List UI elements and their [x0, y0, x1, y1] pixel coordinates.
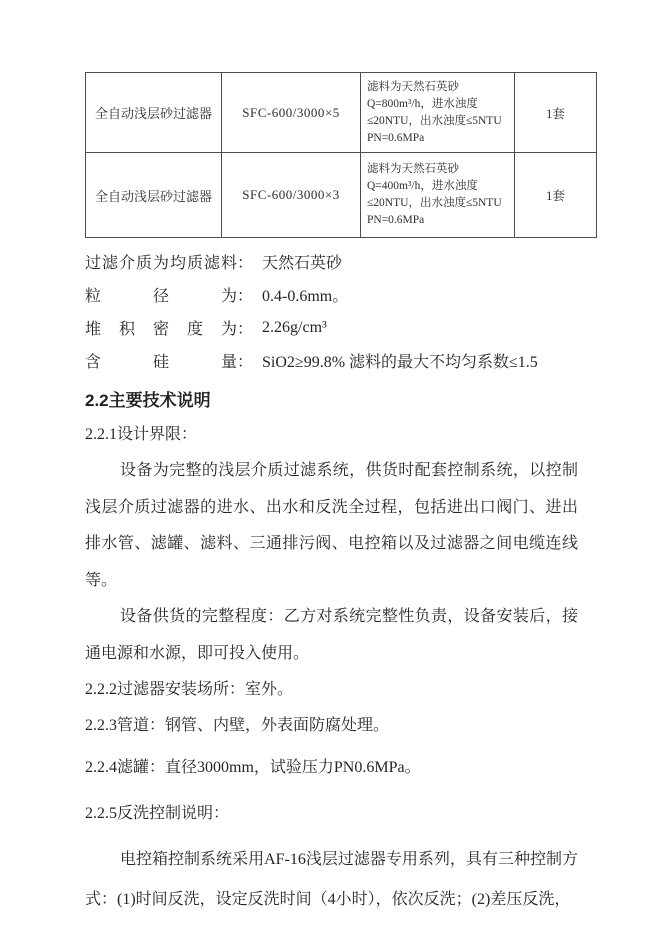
clause-install-location: 2.2.2过滤器安装场所：室外。 [85, 672, 578, 708]
cell-model: SFC-600/3000×5 [222, 73, 361, 153]
spec-row: 含硅量： SiO2≥99.8% 滤料的最大不均匀系数≤1.5 [85, 344, 578, 377]
paragraph-design-scope: 设备为完整的浅层介质过滤系统，供货时配套控制系统，以控制浅层介质过滤器的进水、出… [85, 453, 578, 599]
table-row: 全自动浅层砂过滤器 SFC-600/3000×5 滤料为天然石英砂Q=800m³… [86, 73, 597, 153]
clause-design-limits: 2.2.1设计界限： [85, 417, 578, 453]
spec-row: 粒径为： 0.4-0.6mm。 [85, 278, 578, 311]
document-page: 全自动浅层砂过滤器 SFC-600/3000×5 滤料为天然石英砂Q=800m³… [0, 0, 662, 936]
spec-label: 粒径为 [85, 283, 237, 306]
spec-label: 含硅量 [85, 349, 237, 372]
cell-equipment-name: 全自动浅层砂过滤器 [86, 73, 222, 153]
spec-label: 堆积密度为 [85, 316, 237, 339]
spec-colon: ： [237, 316, 253, 339]
spec-colon: ： [237, 283, 253, 306]
spec-row: 过滤介质为均质滤料： 天然石英砂 [85, 245, 578, 278]
paragraph-control-system: 电控箱控制系统采用AF-16浅层过滤器专用系列，具有三种控制方式：(1)时间反洗… [85, 840, 578, 920]
paragraph-supply-completeness: 设备供货的完整程度：乙方对系统完整性负责，设备安装后，接通电源和水源，即可投入使… [85, 599, 578, 672]
spec-colon: ： [237, 250, 253, 273]
cell-spec: 滤料为天然石英砂Q=800m³/h，进水浊度≤20NTU，出水浊度≤5NTU P… [361, 73, 515, 153]
clause-piping: 2.2.3管道：钢管、内壁，外表面防腐处理。 [85, 708, 578, 744]
table-row: 全自动浅层砂过滤器 SFC-600/3000×3 滤料为天然石英砂Q=400m³… [86, 153, 597, 238]
spec-row: 堆积密度为： 2.26g/cm³ [85, 311, 578, 344]
cell-spec: 滤料为天然石英砂Q=400m³/h，进水浊度≤20NTU，出水浊度≤5NTU P… [361, 153, 515, 238]
spec-pressure: PN=0.6MPa [367, 212, 508, 229]
cell-quantity: 1套 [515, 73, 597, 153]
spec-description: 滤料为天然石英砂Q=400m³/h，进水浊度≤20NTU，出水浊度≤5NTU [367, 161, 508, 212]
clause-backwash-control: 2.2.5反洗控制说明： [85, 796, 578, 832]
spec-pressure: PN=0.6MPa [367, 130, 508, 147]
spec-label: 过滤介质为均质滤料 [85, 250, 237, 273]
media-spec-list: 过滤介质为均质滤料： 天然石英砂 粒径为： 0.4-0.6mm。 堆积密度为： … [85, 245, 578, 377]
spec-value: SiO2≥99.8% 滤料的最大不均匀系数≤1.5 [262, 349, 538, 372]
spec-value: 天然石英砂 [262, 250, 342, 273]
cell-model: SFC-600/3000×3 [222, 153, 361, 238]
page-content: 全自动浅层砂过滤器 SFC-600/3000×5 滤料为天然石英砂Q=800m³… [85, 0, 578, 920]
cell-equipment-name: 全自动浅层砂过滤器 [86, 153, 222, 238]
spec-value: 0.4-0.6mm。 [262, 283, 348, 306]
spec-value: 2.26g/cm³ [262, 319, 327, 337]
equipment-table: 全自动浅层砂过滤器 SFC-600/3000×5 滤料为天然石英砂Q=800m³… [85, 72, 597, 238]
spec-colon: ： [237, 349, 253, 372]
spec-description: 滤料为天然石英砂Q=800m³/h，进水浊度≤20NTU，出水浊度≤5NTU [367, 79, 508, 130]
section-heading: 2.2主要技术说明 [85, 384, 578, 417]
cell-quantity: 1套 [515, 153, 597, 238]
clause-filter-tank: 2.2.4滤罐：直径3000mm，试验压力PN0.6MPa。 [85, 750, 578, 786]
